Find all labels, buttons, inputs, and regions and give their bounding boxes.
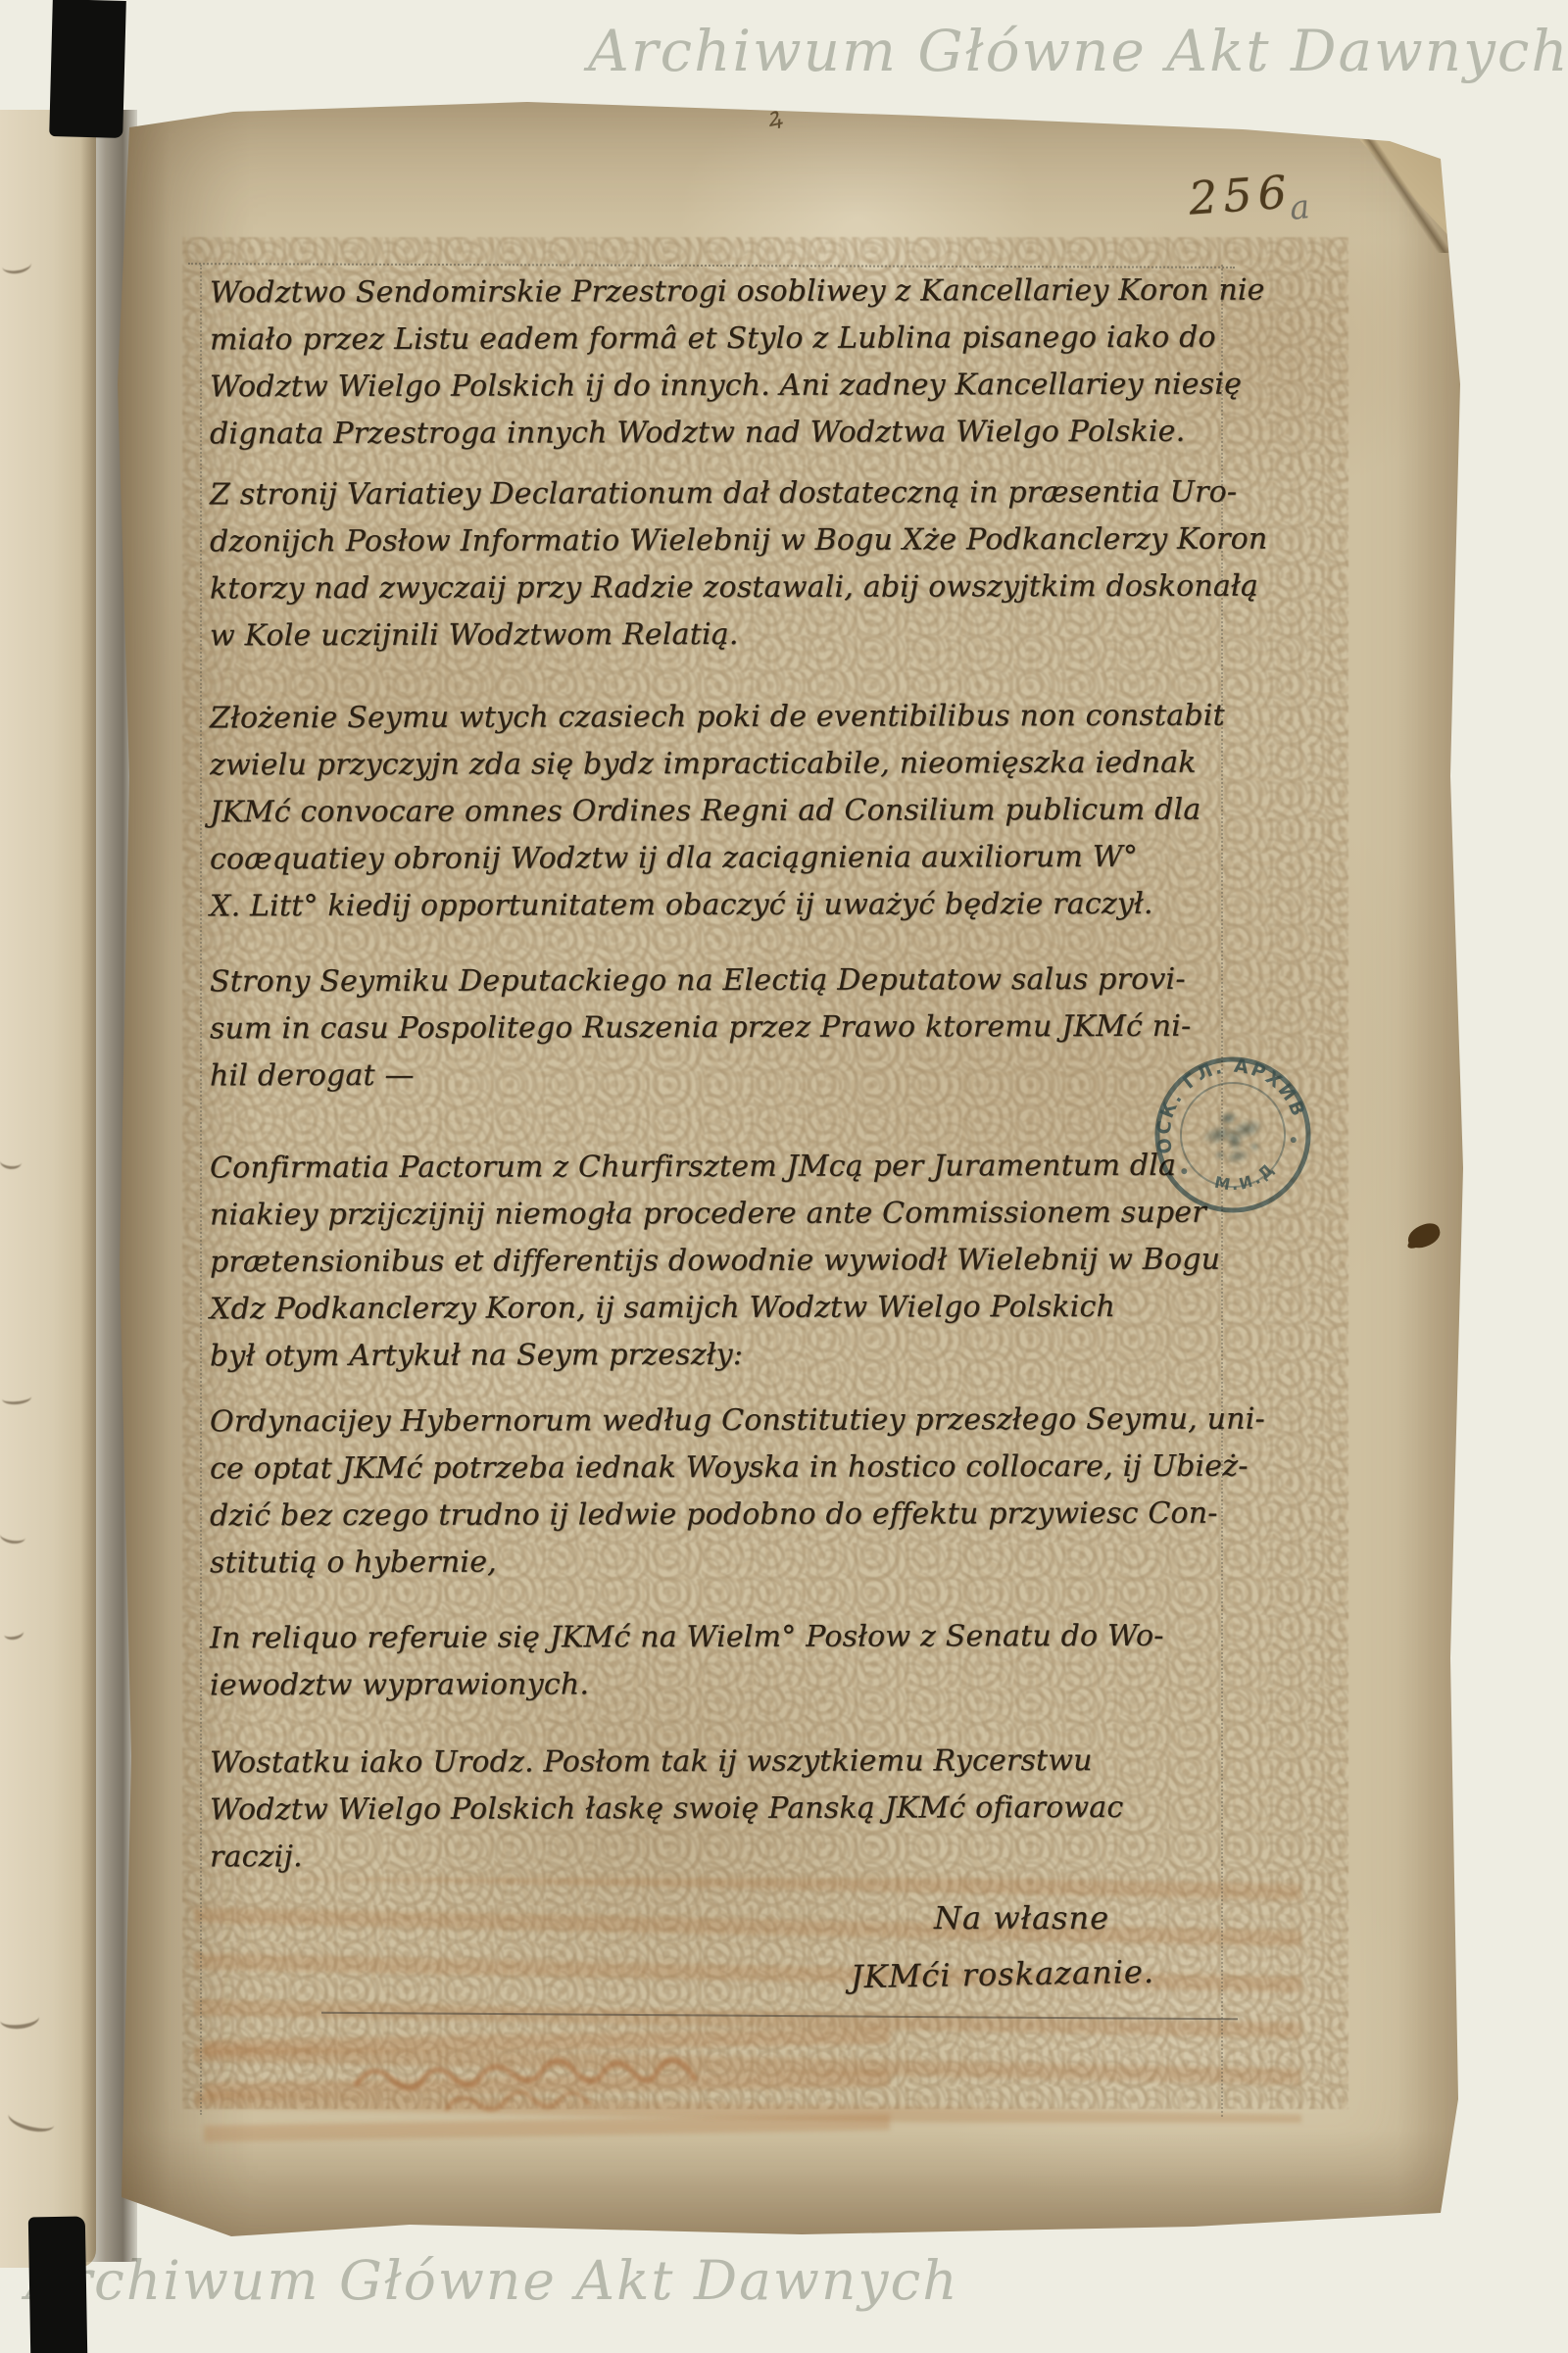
- manuscript-line: ce optat JKMć potrzeba iednak Woyska in …: [210, 1444, 1239, 1494]
- ruled-frame-left: [200, 265, 202, 2115]
- manuscript-line: dignata Przestroga innych Wodztw nad Wod…: [210, 409, 1239, 459]
- manuscript-line: Wodztwo Sendomirskie Przestrogi osobliwe…: [210, 268, 1239, 318]
- manuscript-line: In reliquo referuie się JKMć na Wielm° P…: [210, 1613, 1239, 1663]
- manuscript-paragraph: Złożenie Seymu wtych czasiech poki de ev…: [210, 694, 1239, 929]
- ink-fragment: [0, 2007, 40, 2031]
- archive-watermark-bottom: Archiwum Główne Akt Dawnych: [25, 2249, 959, 2312]
- ink-fragment: [6, 2104, 57, 2136]
- page-fold-crease: [1352, 135, 1458, 253]
- manuscript-line: Wodztw Wielgo Polskich łaskę swoię Pansk…: [210, 1785, 1239, 1835]
- manuscript-line: Ordynacijey Hybernorum według Constituti…: [210, 1397, 1239, 1446]
- manuscript-paragraph: Ordynacijey Hybernorum według Constituti…: [210, 1397, 1239, 1586]
- binding-tape-top: [49, 0, 126, 138]
- manuscript-line: stitutią o hybernie,: [210, 1538, 1239, 1588]
- manuscript-line: prætensionibus et differentijs dowodnie …: [210, 1237, 1239, 1287]
- manuscript-line: Wodztw Wielgo Polskich ij do innych. Ani…: [210, 362, 1239, 412]
- binding-tape-bottom: [28, 2217, 87, 2353]
- closing-formula: Na własne JKMći roskazanie.: [792, 1889, 1154, 2003]
- manuscript-paragraph: Confirmatia Pactorum z Churfirsztem JMcą…: [210, 1144, 1239, 1379]
- folio-letter: a: [1288, 187, 1311, 228]
- manuscript-line: ktorzy nad zwyczaij przy Radzie zostawal…: [210, 564, 1239, 613]
- manuscript-line: w Kole uczijnili Wodztwom Relatią.: [210, 611, 1239, 661]
- ink-fragment: [1, 255, 32, 275]
- ink-fragment: [0, 1527, 26, 1544]
- manuscript-line: Confirmatia Pactorum z Churfirsztem JMcą…: [210, 1143, 1239, 1193]
- manuscript-line: iewodztw wyprawionych.: [210, 1660, 1239, 1710]
- ink-fragment: [0, 1153, 23, 1170]
- folio-number: 256: [1187, 165, 1294, 224]
- manuscript-text: Wodztwo Sendomirskie Przestrogi osobliwe…: [210, 269, 1239, 1880]
- manuscript-paragraph: Wodztwo Sendomirskie Przestrogi osobliwe…: [210, 269, 1239, 457]
- manuscript-line: dzić bez czego trudno ij ledwie podobno …: [210, 1491, 1239, 1541]
- manuscript-paragraph: Strony Seymiku Deputackiego na Electią D…: [210, 957, 1239, 1099]
- manuscript-line: był otym Artykuł na Seym przeszły:: [210, 1331, 1239, 1381]
- manuscript-line: coæquatiey obronij Wodztw ij dla zaciągn…: [210, 834, 1239, 884]
- ink-fragment: [1, 1391, 31, 1406]
- manuscript-line: hil derogat —: [210, 1051, 1239, 1101]
- closing-line: Na własne: [792, 1889, 1154, 1946]
- manuscript-paragraph: Z stronij Variatiey Declarationum dał do…: [210, 470, 1239, 659]
- manuscript-line: Xdz Podkanclerzy Koron, ij samijch Wodzt…: [210, 1284, 1239, 1334]
- archive-scan: Archiwum Główne Akt Dawnych Archiwum Głó…: [0, 0, 1568, 2353]
- archive-watermark-top: Archiwum Główne Akt Dawnych: [588, 18, 1568, 84]
- manuscript-paragraph: In reliquo referuie się JKMć na Wielm° P…: [210, 1614, 1239, 1708]
- manuscript-line: X. Litt° kiedij opportunitatem obaczyć i…: [210, 881, 1239, 931]
- manuscript-line: JKMć convocare omnes Ordines Regni ad Co…: [210, 787, 1239, 837]
- closing-line: JKMći roskazanie.: [792, 1943, 1155, 2006]
- manuscript-line: Strony Seymiku Deputackiego na Electią D…: [210, 956, 1239, 1006]
- manuscript-line: raczij.: [210, 1832, 1239, 1882]
- manuscript-line: miało przez Listu eadem formâ et Stylo z…: [210, 315, 1239, 365]
- manuscript-line: zwielu przyczyjn zda się bydz impractica…: [210, 740, 1239, 790]
- manuscript-line: niakiey przijczijnij niemogła procedere …: [210, 1190, 1239, 1240]
- manuscript-line: Wostatku iako Urodz. Posłom tak ij wszyt…: [210, 1738, 1239, 1788]
- ink-fragment: [3, 1625, 24, 1641]
- manuscript-page: 256 a ꝝ Wodztwo Sendomirskie Przestrogi …: [116, 90, 1465, 2238]
- manuscript-line: sum in casu Pospolitego Ruszenia przez P…: [210, 1004, 1239, 1054]
- manuscript-line: Z stronij Variatiey Declarationum dał do…: [210, 469, 1239, 519]
- manuscript-paragraph: Wostatku iako Urodz. Posłom tak ij wszyt…: [210, 1739, 1239, 1880]
- manuscript-line: dzonijch Posłow Informatio Wielebnij w B…: [210, 516, 1239, 566]
- manuscript-line: Złożenie Seymu wtych czasiech poki de ev…: [210, 693, 1239, 743]
